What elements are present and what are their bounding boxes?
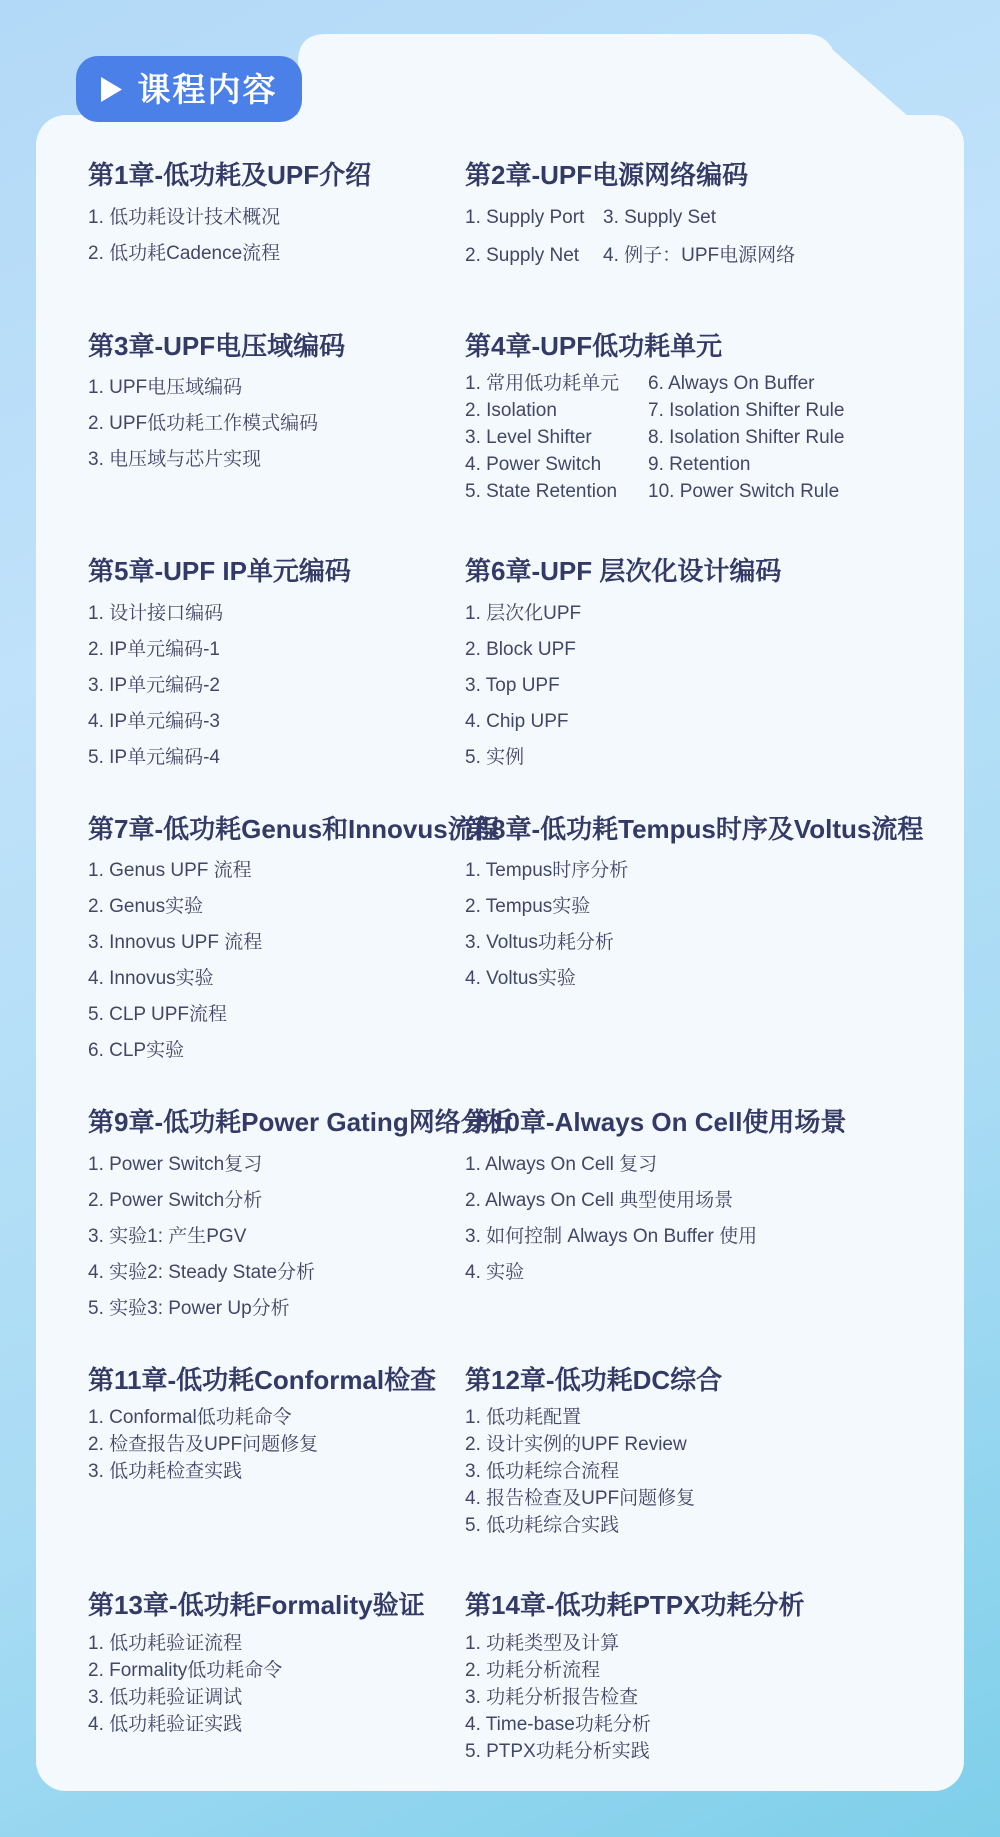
chapter-lists: 1. Conformal低功耗命令2. 检查报告及UPF问题修复3. 低功耗检查… xyxy=(88,1408,465,1489)
section-badge-label: 课程内容 xyxy=(138,73,278,106)
chapter-item-list: 1. 设计接口编码2. IP单元编码-13. IP单元编码-24. IP单元编码… xyxy=(88,604,223,767)
chapter-13: 第13章-低功耗Formality验证 1. 低功耗验证流程2. Formali… xyxy=(88,1589,465,1769)
chapter-3: 第3章-UPF电压域编码 1. UPF电压域编码2. UPF低功耗工作模式编码3… xyxy=(88,330,465,510)
chapter-item: 9. Retention xyxy=(648,455,844,474)
chapter-item-list: 1. Always On Cell 复习2. Always On Cell 典型… xyxy=(465,1155,757,1282)
chapter-2: 第2章-UPF电源网络编码 1. Supply Port2. Supply Ne… xyxy=(465,159,912,284)
chapter-item: 3. 低功耗综合流程 xyxy=(465,1462,695,1481)
chapter-item: 2. 检查报告及UPF问题修复 xyxy=(88,1435,318,1454)
chapter-item: 3. IP单元编码-2 xyxy=(88,676,223,695)
chapter-10: 第10章-Always On Cell使用场景 1. Always On Cel… xyxy=(465,1106,912,1318)
chapter-title: 第1章-低功耗及UPF介绍 xyxy=(88,159,465,192)
chapter-item: 7. Isolation Shifter Rule xyxy=(648,401,844,420)
chapter-lists: 1. Genus UPF 流程2. Genus实验3. Innovus UPF … xyxy=(88,861,465,1060)
chapter-item: 2. Supply Net xyxy=(465,246,603,265)
chapter-item: 8. Isolation Shifter Rule xyxy=(648,428,844,447)
chapter-item-list: 1. Genus UPF 流程2. Genus实验3. Innovus UPF … xyxy=(88,861,262,1060)
chapter-item: 4. 低功耗验证实践 xyxy=(88,1715,282,1734)
chapter-item: 3. Voltus功耗分析 xyxy=(465,933,628,952)
chapter-item: 1. Conformal低功耗命令 xyxy=(88,1408,318,1427)
content-card: 第1章-低功耗及UPF介绍 1. 低功耗设计技术概况2. 低功耗Cadence流… xyxy=(36,115,964,1791)
chapter-lists: 1. 低功耗验证流程2. Formality低功耗命令3. 低功耗验证调试4. … xyxy=(88,1634,465,1742)
chapter-item: 4. 实验2: Steady State分析 xyxy=(88,1263,315,1282)
chapter-item: 4. 报告检查及UPF问题修复 xyxy=(465,1489,695,1508)
chapter-item: 3. Top UPF xyxy=(465,676,581,695)
chapter-item: 5. 实验3: Power Up分析 xyxy=(88,1299,315,1318)
chapter-8: 第8章-低功耗Tempus时序及Voltus流程 1. Tempus时序分析2.… xyxy=(465,813,912,1061)
chapter-item: 5. 低功耗综合实践 xyxy=(465,1516,695,1535)
chapter-item-list: 1. Supply Port2. Supply Net xyxy=(465,208,603,284)
chapter-lists: 1. Supply Port2. Supply Net3. Supply Set… xyxy=(465,208,912,284)
chapter-title: 第12章-低功耗DC综合 xyxy=(465,1364,912,1397)
chapter-lists: 1. Tempus时序分析2. Tempus实验3. Voltus功耗分析4. … xyxy=(465,861,912,988)
chapter-title: 第9章-低功耗Power Gating网络分析 xyxy=(88,1106,465,1139)
chapter-title: 第3章-UPF电压域编码 xyxy=(88,330,465,363)
chapter-title: 第2章-UPF电源网络编码 xyxy=(465,159,912,192)
chapter-item: 1. 功耗类型及计算 xyxy=(465,1634,651,1653)
chapter-item: 6. Always On Buffer xyxy=(648,374,844,393)
chapter-item: 3. Level Shifter xyxy=(465,428,648,447)
chapter-item-list: 1. 功耗类型及计算2. 功耗分析流程3. 功耗分析报告检查4. Time-ba… xyxy=(465,1634,651,1769)
chapter-item: 3. Innovus UPF 流程 xyxy=(88,933,262,952)
chapter-item-list: 1. 低功耗设计技术概况2. 低功耗Cadence流程 xyxy=(88,208,280,263)
chapter-item: 5. 实例 xyxy=(465,748,581,767)
chapter-6: 第6章-UPF 层次化设计编码 1. 层次化UPF2. Block UPF3. … xyxy=(465,555,912,767)
chapters-grid: 第1章-低功耗及UPF介绍 1. 低功耗设计技术概况2. 低功耗Cadence流… xyxy=(88,159,912,1769)
chapter-item-list: 1. 层次化UPF2. Block UPF3. Top UPF4. Chip U… xyxy=(465,604,581,767)
chapter-item: 2. Isolation xyxy=(465,401,648,420)
chapter-5: 第5章-UPF IP单元编码 1. 设计接口编码2. IP单元编码-13. IP… xyxy=(88,555,465,767)
chapter-item: 2. Formality低功耗命令 xyxy=(88,1661,282,1680)
chapter-9: 第9章-低功耗Power Gating网络分析 1. Power Switch复… xyxy=(88,1106,465,1318)
chapter-11: 第11章-低功耗Conformal检查 1. Conformal低功耗命令2. … xyxy=(88,1364,465,1544)
chapter-lists: 1. 功耗类型及计算2. 功耗分析流程3. 功耗分析报告检查4. Time-ba… xyxy=(465,1634,912,1769)
chapter-lists: 1. UPF电压域编码2. UPF低功耗工作模式编码3. 电压域与芯片实现 xyxy=(88,378,465,469)
chapter-title: 第8章-低功耗Tempus时序及Voltus流程 xyxy=(465,813,912,846)
chapter-item: 2. Power Switch分析 xyxy=(88,1191,315,1210)
chapter-item: 3. 功耗分析报告检查 xyxy=(465,1688,651,1707)
chapter-item: 1. Genus UPF 流程 xyxy=(88,861,262,880)
chapter-item-list: 1. Power Switch复习2. Power Switch分析3. 实验1… xyxy=(88,1155,315,1318)
chapter-lists: 1. 层次化UPF2. Block UPF3. Top UPF4. Chip U… xyxy=(465,604,912,767)
chapter-lists: 1. 常用低功耗单元2. Isolation3. Level Shifter4.… xyxy=(465,374,912,509)
chapter-item: 1. Power Switch复习 xyxy=(88,1155,315,1174)
chapter-item-list: 1. 常用低功耗单元2. Isolation3. Level Shifter4.… xyxy=(465,374,648,509)
chapter-14: 第14章-低功耗PTPX功耗分析 1. 功耗类型及计算2. 功耗分析流程3. 功… xyxy=(465,1589,912,1769)
chapter-title: 第4章-UPF低功耗单元 xyxy=(465,330,912,363)
chapter-item: 10. Power Switch Rule xyxy=(648,482,844,501)
card-top-tab xyxy=(298,34,910,118)
chapter-item: 2. UPF低功耗工作模式编码 xyxy=(88,414,318,433)
play-icon xyxy=(101,77,122,102)
chapter-item: 1. 低功耗设计技术概况 xyxy=(88,208,280,227)
chapter-item: 6. CLP实验 xyxy=(88,1041,262,1060)
chapter-item: 4. IP单元编码-3 xyxy=(88,712,223,731)
chapter-item: 2. 低功耗Cadence流程 xyxy=(88,244,280,263)
chapter-item: 1. Tempus时序分析 xyxy=(465,861,628,880)
chapter-item-list: 1. 低功耗配置2. 设计实例的UPF Review3. 低功耗综合流程4. 报… xyxy=(465,1408,695,1543)
chapter-lists: 1. 低功耗设计技术概况2. 低功耗Cadence流程 xyxy=(88,208,465,263)
chapter-item-list: 1. 低功耗验证流程2. Formality低功耗命令3. 低功耗验证调试4. … xyxy=(88,1634,282,1742)
chapter-1: 第1章-低功耗及UPF介绍 1. 低功耗设计技术概况2. 低功耗Cadence流… xyxy=(88,159,465,284)
chapter-lists: 1. 设计接口编码2. IP单元编码-13. IP单元编码-24. IP单元编码… xyxy=(88,604,465,767)
chapter-item: 2. Block UPF xyxy=(465,640,581,659)
chapter-item-list: 3. Supply Set4. 例子：UPF电源网络 xyxy=(603,208,795,284)
chapter-lists: 1. Power Switch复习2. Power Switch分析3. 实验1… xyxy=(88,1155,465,1318)
chapter-item: 1. 低功耗配置 xyxy=(465,1408,695,1427)
chapter-item: 1. 设计接口编码 xyxy=(88,604,223,623)
chapter-item-list: 1. UPF电压域编码2. UPF低功耗工作模式编码3. 电压域与芯片实现 xyxy=(88,378,318,469)
chapter-item: 4. Chip UPF xyxy=(465,712,581,731)
chapter-item: 3. 低功耗检查实践 xyxy=(88,1462,318,1481)
chapter-item-list: 6. Always On Buffer7. Isolation Shifter … xyxy=(648,374,844,509)
chapter-item-list: 1. Conformal低功耗命令2. 检查报告及UPF问题修复3. 低功耗检查… xyxy=(88,1408,318,1489)
chapter-4: 第4章-UPF低功耗单元 1. 常用低功耗单元2. Isolation3. Le… xyxy=(465,330,912,510)
chapter-item: 3. 实验1: 产生PGV xyxy=(88,1227,315,1246)
chapter-item: 3. 低功耗验证调试 xyxy=(88,1688,282,1707)
chapter-item: 3. 电压域与芯片实现 xyxy=(88,450,318,469)
chapter-item: 1. 层次化UPF xyxy=(465,604,581,623)
chapter-title: 第5章-UPF IP单元编码 xyxy=(88,555,465,588)
chapter-item: 5. CLP UPF流程 xyxy=(88,1005,262,1024)
chapter-item: 5. PTPX功耗分析实践 xyxy=(465,1742,651,1761)
chapter-item: 1. Supply Port xyxy=(465,208,603,227)
chapter-item: 2. Tempus实验 xyxy=(465,897,628,916)
chapter-item: 4. Power Switch xyxy=(465,455,648,474)
chapter-item: 3. 如何控制 Always On Buffer 使用 xyxy=(465,1227,757,1246)
chapter-title: 第10章-Always On Cell使用场景 xyxy=(465,1106,912,1139)
chapter-item: 4. Innovus实验 xyxy=(88,969,262,988)
chapter-item: 4. 实验 xyxy=(465,1263,757,1282)
chapter-item: 1. UPF电压域编码 xyxy=(88,378,318,397)
chapter-lists: 1. Always On Cell 复习2. Always On Cell 典型… xyxy=(465,1155,912,1282)
chapter-lists: 1. 低功耗配置2. 设计实例的UPF Review3. 低功耗综合流程4. 报… xyxy=(465,1408,912,1543)
chapter-item: 2. Always On Cell 典型使用场景 xyxy=(465,1191,757,1210)
chapter-item: 2. 设计实例的UPF Review xyxy=(465,1435,695,1454)
chapter-item: 3. Supply Set xyxy=(603,208,795,227)
chapter-item: 1. 常用低功耗单元 xyxy=(465,374,648,393)
chapter-item: 4. Voltus实验 xyxy=(465,969,628,988)
chapter-title: 第14章-低功耗PTPX功耗分析 xyxy=(465,1589,912,1622)
chapter-item: 4. Time-base功耗分析 xyxy=(465,1715,651,1734)
chapter-title: 第6章-UPF 层次化设计编码 xyxy=(465,555,912,588)
chapter-item: 1. 低功耗验证流程 xyxy=(88,1634,282,1653)
chapter-title: 第7章-低功耗Genus和Innovus流程 xyxy=(88,813,465,846)
section-badge: 课程内容 xyxy=(76,56,302,122)
chapter-item: 5. IP单元编码-4 xyxy=(88,748,223,767)
chapter-item: 2. Genus实验 xyxy=(88,897,262,916)
chapter-item: 2. 功耗分析流程 xyxy=(465,1661,651,1680)
chapter-12: 第12章-低功耗DC综合 1. 低功耗配置2. 设计实例的UPF Review3… xyxy=(465,1364,912,1544)
chapter-title: 第11章-低功耗Conformal检查 xyxy=(88,1364,465,1397)
chapter-item: 4. 例子：UPF电源网络 xyxy=(603,246,795,265)
chapter-item: 2. IP单元编码-1 xyxy=(88,640,223,659)
chapter-item: 1. Always On Cell 复习 xyxy=(465,1155,757,1174)
chapter-item-list: 1. Tempus时序分析2. Tempus实验3. Voltus功耗分析4. … xyxy=(465,861,628,988)
chapter-7: 第7章-低功耗Genus和Innovus流程 1. Genus UPF 流程2.… xyxy=(88,813,465,1061)
chapter-item: 5. State Retention xyxy=(465,482,648,501)
chapter-title: 第13章-低功耗Formality验证 xyxy=(88,1589,465,1622)
